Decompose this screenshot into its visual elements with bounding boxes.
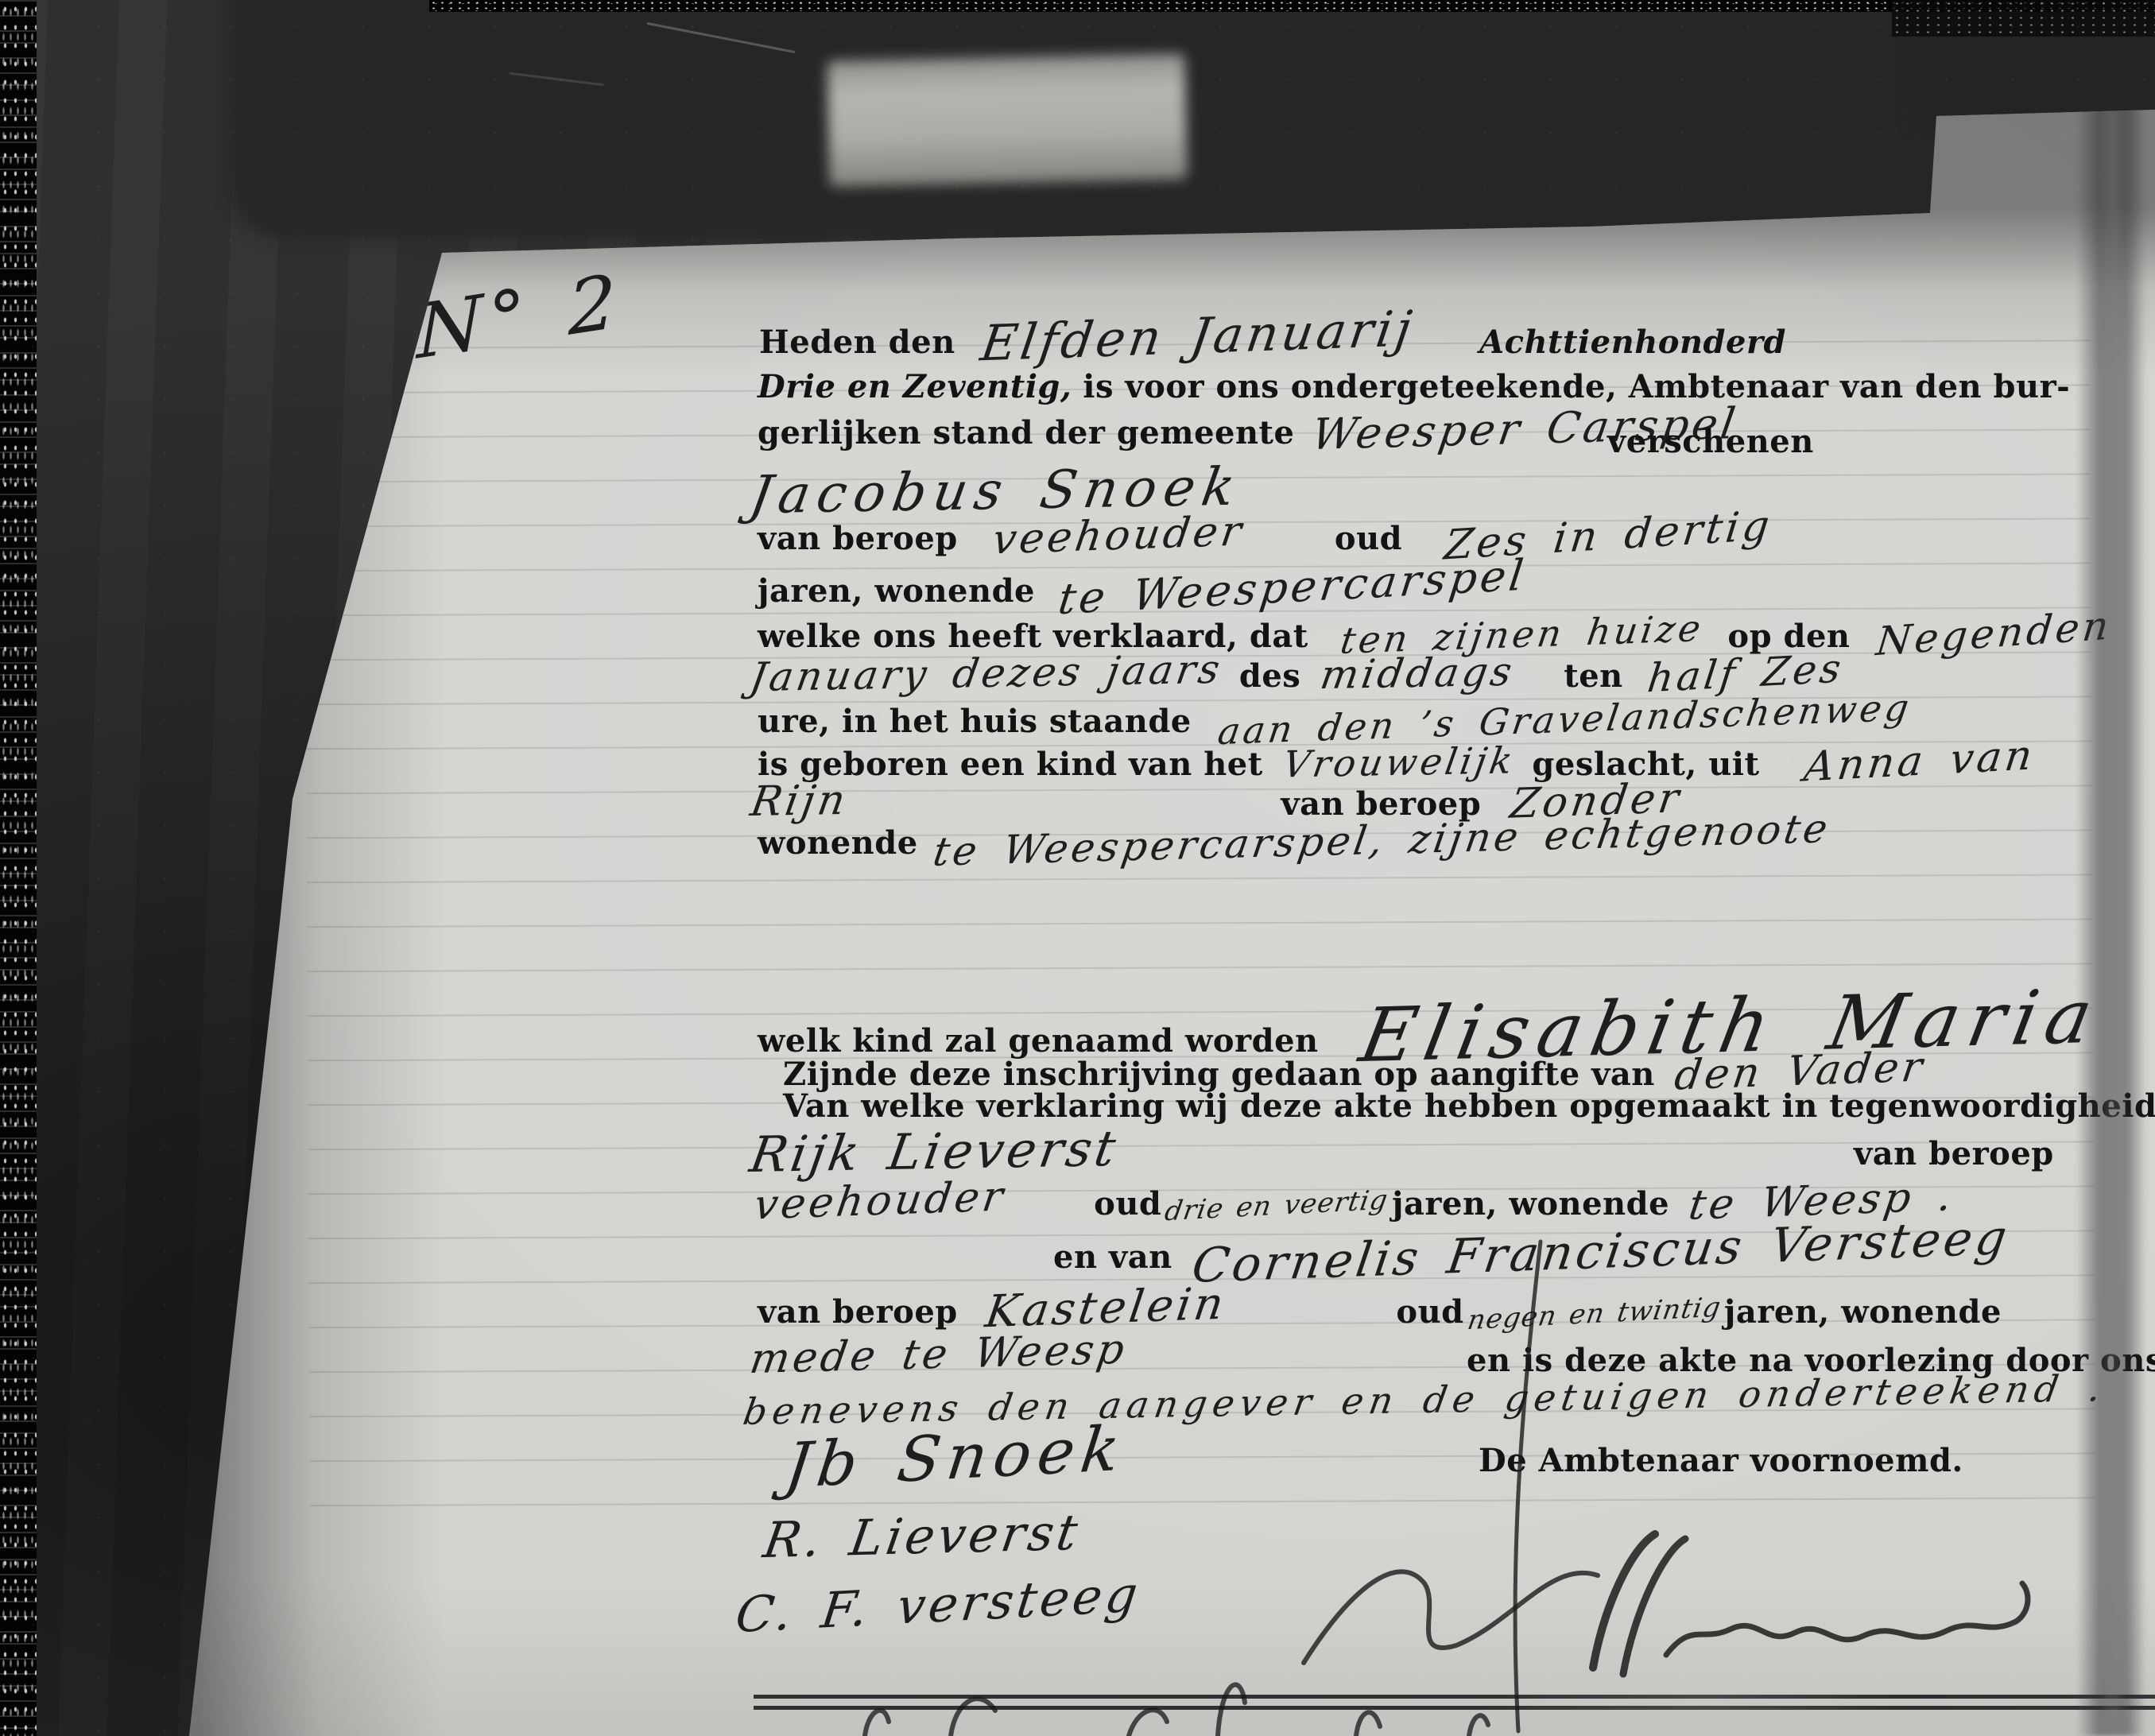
signature-getuige2-text: C. F. versteeg	[733, 1570, 1143, 1640]
printed-getuigen-intro: Van welke verklaring wij deze akte hebbe…	[783, 1091, 2155, 1122]
printed-oud-getuige1: oud	[1094, 1188, 1161, 1220]
written-getuige1-leeftijd: drie en veertig	[1163, 1187, 1390, 1225]
signature-declarant: Jb Snoek	[787, 1427, 1124, 1489]
printed-van-beroep: van beroep	[758, 523, 958, 555]
written-maand: January dezes jaars	[747, 649, 1226, 697]
line-getuige2-woonplaats: mede te Weesp	[751, 1334, 1126, 1375]
line-getuige1-beroep-label: van beroep	[1854, 1138, 2054, 1170]
line-getuige1-naam: Rijk Lieverst	[751, 1127, 1118, 1176]
written-date: Elfden Januarij	[978, 304, 1417, 369]
line-gemeente: gerlijken stand der gemeente Weesper Car…	[758, 408, 1738, 451]
line-getuige2-gegevens: van beroep Kastelein oud negen en twinti…	[758, 1286, 2002, 1331]
written-dagdeel: middags	[1318, 652, 1518, 695]
official-signature-flourish	[1666, 1583, 2028, 1655]
line-year-intro: Drie en Zeventig, is voor ons ondergetee…	[758, 371, 2070, 403]
line-verschenen: verschenen	[1607, 426, 1814, 458]
printed-des: des	[1239, 661, 1300, 692]
printed-achttienhonderd: Achttienhonderd	[1479, 327, 1786, 358]
written-getuige2-naam: Cornelis Franciscus Versteeg	[1189, 1214, 2013, 1290]
printed-ure-huis: ure, in het huis staande	[758, 706, 1192, 738]
written-moeder-voornaam: Anna van	[1802, 735, 2038, 789]
printed-ambtenaar-voornoemd: De Ambtenaar voornoemd.	[1479, 1445, 1963, 1477]
microfilm-scan: N° 2 Heden den Elfden Januarij Achttienh…	[0, 0, 2155, 1736]
signature-getuige1: R. Lieverst	[765, 1512, 1079, 1561]
printed-intro-rest: is voor ons ondergeteekende, Ambtenaar v…	[1083, 371, 2070, 403]
next-record-partial-script	[865, 1684, 1488, 1736]
official-signature-flourish	[1593, 1534, 1655, 1668]
written-getuige1-naam: Rijk Lieverst	[746, 1124, 1122, 1180]
written-getuige2-woonplaats: mede te Weesp	[747, 1329, 1130, 1380]
written-slotzin: benevens den aangever en de getuigen ond…	[741, 1370, 2109, 1430]
signature-getuige2: C. F. versteeg	[738, 1580, 1139, 1629]
printed-ten: ten	[1564, 661, 1623, 692]
official-signature-flourish	[1304, 1571, 1598, 1663]
printed-en-van: en van	[1053, 1242, 1172, 1273]
signature-declarant-text: Jb Snoek	[782, 1418, 1130, 1498]
margin-record-number: N° 2	[417, 280, 620, 355]
line-verklaring: welke ons heeft verklaard, dat ten zijne…	[758, 614, 2110, 653]
line-getuigen-intro: Van welke verklaring wij deze akte hebbe…	[783, 1091, 2155, 1122]
printed-heden-den: Heden den	[759, 327, 955, 358]
line-geslacht: is geboren een kind van het Vrouwelijk g…	[758, 741, 2034, 782]
blurred-spine-label	[827, 53, 1187, 186]
line-declarant-woonplaats: jaren, wonende te Weespercarspel	[758, 566, 1525, 609]
line-slotzin: benevens den aangever en de getuigen ond…	[746, 1381, 2104, 1418]
line-getuige2-naam: en van Cornelis Franciscus Versteeg	[1053, 1228, 2007, 1276]
printed-jaren-wonende-getuige2: jaren, wonende	[1724, 1296, 2002, 1328]
written-geslacht: Vrouwelijk	[1281, 742, 1518, 782]
line-moeder-woonplaats: wonende te Weespercarspel, zijne echtgen…	[758, 820, 1828, 860]
line-aangifte: Zijnde deze inschrijving gedaan op aangi…	[783, 1051, 1924, 1092]
line-declarant-beroep: van beroep veehouder oud Zes in dertig	[758, 515, 1771, 556]
printed-jaren-wonende-getuige1: jaren, wonende	[1392, 1188, 1669, 1220]
printed-van-beroep-getuige1: van beroep	[1854, 1138, 2054, 1170]
record-page: N° 2 Heden den Elfden Januarij Achttienh…	[0, 0, 2155, 1736]
line-adres: ure, in het huis staande aan den ’s Grav…	[758, 701, 1909, 738]
book-binding-fold	[2076, 102, 2146, 1736]
line-getuige1-gegevens: veehouder oud drie en veertig jaren, won…	[755, 1180, 1954, 1222]
official-signature-flourish	[1623, 1539, 1685, 1674]
printed-gemeente-label: gerlijken stand der gemeente	[758, 417, 1294, 449]
printed-geboren-kind: is geboren een kind van het	[758, 749, 1263, 781]
record-separator-rule-top	[754, 1695, 2155, 1699]
line-geboortetijd: January dezes jaars des middags ten half…	[751, 653, 1843, 693]
film-edge-left	[0, 0, 37, 1736]
record-separator-rule-bottom	[754, 1706, 2155, 1710]
line-ambtenaar-caption: De Ambtenaar voornoemd.	[1479, 1445, 1963, 1477]
signature-getuige1-text: R. Lieverst	[761, 1508, 1084, 1565]
written-getuige2-leeftijd: negen en twintig	[1465, 1294, 1723, 1334]
line-date: Heden den Elfden Januarij Achttienhonder…	[759, 312, 1786, 361]
printed-oud: oud	[1335, 523, 1402, 555]
printed-verschenen: verschenen	[1607, 426, 1814, 458]
written-declarant-beroep: veehouder	[990, 511, 1246, 561]
film-edge-top-right	[1892, 0, 2155, 37]
written-moeder-achternaam: Rijn	[748, 780, 851, 823]
written-getuige1-beroep: veehouder	[751, 1176, 1008, 1226]
printed-aangifte: Zijnde deze inschrijving gedaan op aangi…	[783, 1059, 1655, 1091]
printed-van-beroep-getuige2: van beroep	[758, 1296, 958, 1328]
printed-drie-en-zeventig: Drie en Zeventig,	[758, 371, 1072, 403]
printed-oud-getuige2: oud	[1396, 1296, 1463, 1328]
written-declarant-woonplaats: te Weespercarspel	[1056, 554, 1529, 621]
printed-jaren-wonende: jaren, wonende	[758, 575, 1035, 607]
printed-wonende: wonende	[758, 827, 918, 859]
record-number-text: N° 2	[416, 265, 622, 371]
